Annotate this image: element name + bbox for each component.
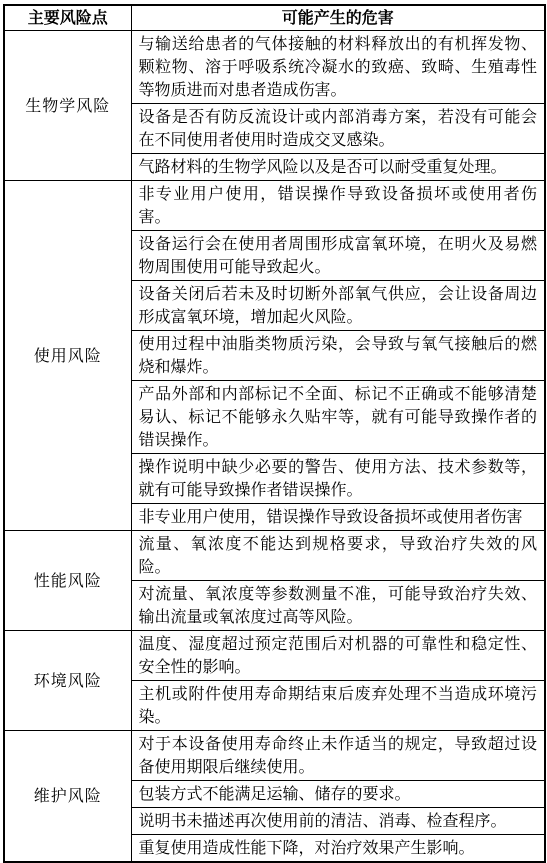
table-row: 生物学风险与输送给患者的气体接触的材料释放出的有机挥发物、颗粒物、溶于呼吸系统冷… [4, 31, 545, 104]
hazard-cell: 温度、湿度超过预定范围后对机器的可靠性和稳定性、安全性的影响。 [131, 631, 545, 681]
column-header-risk-point: 主要风险点 [4, 5, 131, 31]
risk-point-cell: 性能风险 [4, 531, 131, 631]
hazard-cell: 设备运行会在使用者周围形成富氧环境，在明火及易燃物周围使用可能导致起火。 [131, 231, 545, 281]
document-page: 主要风险点 可能产生的危害 生物学风险与输送给患者的气体接触的材料释放出的有机挥… [0, 0, 547, 820]
hazard-cell: 设备是否有防反流设计或内部消毒方案，若没有可能会在不同使用者使用时造成交叉感染。 [131, 104, 545, 154]
hazard-cell: 重复使用造成性能下降，对治疗效果产生影响。 [131, 835, 545, 863]
hazard-cell: 与输送给患者的气体接触的材料释放出的有机挥发物、颗粒物、溶于呼吸系统冷凝水的致癌… [131, 31, 545, 104]
hazard-cell: 气路材料的生物学风险以及是否可以耐受重复处理。 [131, 154, 545, 181]
hazard-cell: 非专业用户使用，错误操作导致设备损坏或使用者伤害 [131, 504, 545, 531]
hazard-cell: 非专业用户使用，错误操作导致设备损坏或使用者伤害。 [131, 181, 545, 231]
hazard-cell: 对于本设备使用寿命终止未作适当的规定，导致超过设备使用期限后继续使用。 [131, 731, 545, 781]
risk-table: 主要风险点 可能产生的危害 生物学风险与输送给患者的气体接触的材料释放出的有机挥… [3, 4, 546, 863]
risk-point-cell: 使用风险 [4, 181, 131, 531]
risk-point-cell: 环境风险 [4, 631, 131, 731]
table-row: 维护风险对于本设备使用寿命终止未作适当的规定，导致超过设备使用期限后继续使用。 [4, 731, 545, 781]
table-row: 环境风险温度、湿度超过预定范围后对机器的可靠性和稳定性、安全性的影响。 [4, 631, 545, 681]
hazard-cell: 流量、氧浓度不能达到规格要求，导致治疗失效的风险。 [131, 531, 545, 581]
column-header-hazard: 可能产生的危害 [131, 5, 545, 31]
table-row: 性能风险流量、氧浓度不能达到规格要求，导致治疗失效的风险。 [4, 531, 545, 581]
hazard-cell: 使用过程中油脂类物质污染，会导致与氧气接触后的燃烧和爆炸。 [131, 331, 545, 381]
hazard-cell: 包装方式不能满足运输、储存的要求。 [131, 781, 545, 808]
table-header-row: 主要风险点 可能产生的危害 [4, 5, 545, 31]
risk-point-cell: 生物学风险 [4, 31, 131, 181]
hazard-cell: 操作说明中缺少必要的警告、使用方法、技术参数等，就有可能导致操作者错误操作。 [131, 454, 545, 504]
hazard-cell: 设备关闭后若未及时切断外部氧气供应，会让设备周边形成富氧环境，增加起火风险。 [131, 281, 545, 331]
hazard-cell: 主机或附件使用寿命期结束后废弃处理不当造成环境污染。 [131, 681, 545, 731]
risk-point-cell: 维护风险 [4, 731, 131, 863]
hazard-cell: 产品外部和内部标记不全面、标记不正确或不能够清楚易认、标记不能够永久贴牢等，就有… [131, 381, 545, 454]
table-row: 使用风险非专业用户使用，错误操作导致设备损坏或使用者伤害。 [4, 181, 545, 231]
hazard-cell: 对流量、氧浓度等参数测量不准，可能导致治疗失效、输出流量或氧浓度过高等风险。 [131, 581, 545, 631]
hazard-cell: 说明书未描述再次使用前的清洁、消毒、检查程序。 [131, 808, 545, 835]
